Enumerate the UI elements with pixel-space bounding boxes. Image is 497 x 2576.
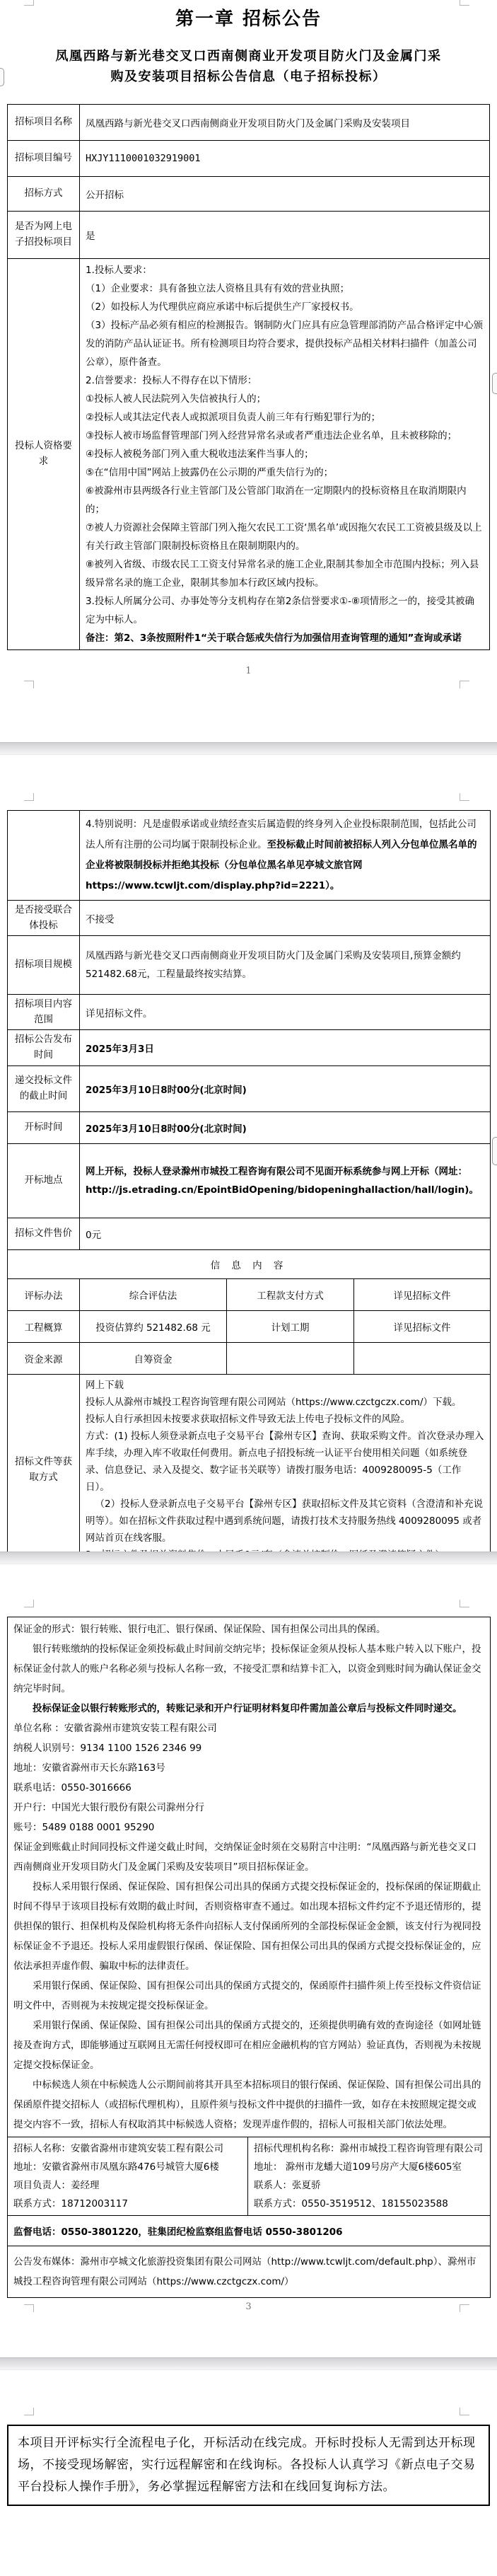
e-bidding-notice-box: 本项目开评标实行全流程电子化，开标活动在线完成。开标时投标人无需到达开标现场，不… (7, 2425, 490, 2506)
online-bid-value: 是 (80, 212, 490, 259)
table-row: 招标项目规模 凤凰西路与新光巷交叉口西南侧商业开发项目防火门及金属门采购及安装项… (8, 936, 491, 995)
qualification-paragraph: ③投标人被市场监督管理部门列入经营异常名录或者严重违法企业名单，且未被移除的； (86, 427, 484, 445)
empty-cell (354, 1342, 491, 1374)
table-row: 保证金的形式：银行转账、银行电汇、银行保函、保证保险、国有担保公司出具的保函。 … (8, 1617, 491, 2137)
table-row: 公告发布媒体：滁州市亭城文化旅游投资集团有限公司网站（http://www.tc… (8, 2246, 491, 2298)
deposit-paragraph: 纳税人识别号：9134 1100 1526 2346 99 (13, 1738, 484, 1758)
agency-contact-person: 联系人：张夏骄 (254, 2176, 484, 2195)
page-margin-mark (460, 0, 469, 6)
qualification-content: 1.投标人要求： （1）企业要求：具有备独立法人资格且具有有效的营业执照； （2… (80, 259, 490, 650)
obtain-paragraph: （2）投标人登录新点电子交易平台【滁州专区】获取招标文件及其它资料（含澄清和补充… (86, 1496, 484, 1547)
budget-value: 投资估算约 521482.68 元 (80, 1310, 227, 1342)
budget-label: 工程概算 (8, 1310, 80, 1342)
qualification-paragraph: （1）企业要求：具有备独立法人资格且具有有效的营业执照； (86, 279, 484, 298)
deposit-paragraph: 银行转账缴纳的投标保证金须投标截止时间前交纳完毕；投标保证金须从投标人基本账户转… (13, 1639, 484, 1699)
table-row: 评标办法 综合评估法 工程款支付方式 详见招标文件 (8, 1278, 491, 1310)
deposit-paragraph: 地址：安徽省滁州市天长东路163号 (13, 1758, 484, 1778)
table-row: 开标时间 2025年3月10日8时00分(北京时间) (8, 1111, 491, 1143)
qualification-paragraph: （2）如投标人为代理供应商应承诺中标后提供生产厂家授权书。 (86, 298, 484, 316)
doc-price-label: 招标文件售价 (8, 1218, 80, 1249)
announcement-media-row: 公告发布媒体：滁州市亭城文化旅游投资集团有限公司网站（http://www.tc… (8, 2246, 491, 2298)
bid-method-label: 招标方式 (8, 177, 80, 212)
qualification-paragraph: ⑥被滁州市县两级各行业主管部门及公管部门取消在一定期限内的投标资格且在取消期限内… (86, 482, 484, 519)
e-bidding-notice: 本项目开评标实行全流程电子化，开标活动在线完成。开标时投标人无需到达开标现场，不… (18, 2432, 479, 2498)
page-margin-mark (460, 681, 469, 688)
scrollbar-thumb[interactable] (492, 1137, 497, 1165)
joint-venture-value: 不接受 (80, 901, 491, 936)
joint-venture-label: 是否接受联合体投标 (8, 901, 80, 936)
open-time-value: 2025年3月10日8时00分(北京时间) (80, 1111, 491, 1143)
project-scale-value: 凤凰西路与新光巷交叉口西南侧商业开发项目防火门及金属门采购及安装项目,预算金额约… (80, 936, 491, 995)
table-row: 招标项目内容范围 详见招标文件。 (8, 995, 491, 1030)
table-row: 工程概算 投资估算约 521482.68 元 计划工期 详见招标文件 (8, 1310, 491, 1342)
project-name-label: 招标项目名称 (8, 105, 80, 141)
scrollbar-thumb[interactable] (0, 68, 4, 86)
payment-method-value: 详见招标文件 (354, 1278, 491, 1310)
announce-time-value: 2025年3月3日 (80, 1030, 491, 1065)
page-1: 第一章 招标公告 凤凰西路与新光巷交叉口西南侧商业开发项目防火门及金属门采购及安… (0, 0, 497, 742)
table-row: 招标项目名称 凤凰西路与新光巷交叉口西南侧商业开发项目防火门及金属门采购及安装项… (8, 105, 490, 141)
deposit-paragraph: 采用银行保函、保证保险、国有担保公司出具的保函方式提交的，还须提供明确有效的查询… (13, 2016, 484, 2075)
table-row: 资金来源 自筹资金 (8, 1342, 491, 1374)
page-margin-mark (24, 681, 34, 688)
table-row: 招标文件等获取方式 网上下载 投标人从滁州市城投工程咨询管理有限公司网站（htt… (8, 1374, 491, 1552)
table-row: 开标地点 网上开标，投标人登录滁州市城投工程咨询有限公司不见面开标系统参与网上开… (8, 1143, 491, 1218)
obtain-paragraph: 2、招标文件及相关资料售价：人民币0元/套（含清单控制价、图纸及澄清答疑文件） (86, 1547, 484, 1552)
submit-deadline-value: 2025年3月10日8时00分(北京时间) (80, 1065, 491, 1111)
project-scale-label: 招标项目规模 (8, 936, 80, 995)
qualification-paragraph: ②投标人或其法定代表人或拟派项目负责人前三年有行贿犯罪行为的； (86, 408, 484, 427)
table-row: 监督电话：0550-3801220，驻集团纪检监察组监督电话 0550-3801… (8, 2216, 491, 2246)
agency-phone: 联系方式：0550-3519512、18155023588 (254, 2195, 484, 2213)
obtain-paragraph: 网上下载 (86, 1377, 484, 1394)
deposit-paragraph: 账号：5489 0188 0001 95290 (13, 1818, 484, 1837)
deposit-paragraph: 中标候选人须在中标候选人公示期间前将其开具至本招标项目的银行保函、保证保险、国有… (13, 2075, 484, 2135)
qualification-paragraph: ⑧被列入省级、市级农民工工资支付异常名录的施工企业,限制其参加全市范围内投标；列… (86, 555, 484, 592)
empty-cell (227, 1342, 354, 1374)
special-note: 4.特别说明：凡是虚假承诺或业绩经查实后属造假的终身列入企业投标限制范围，包括此… (86, 814, 484, 896)
qualification-paragraph: ⑦被人力资源社会保障主管部门列入拖欠农民工工资‘黑名单’或因拖欠农民工工资被县级… (86, 519, 484, 555)
bid-summary-table: 招标项目名称 凤凰西路与新光巷交叉口西南侧商业开发项目防火门及金属门采购及安装项… (7, 104, 490, 650)
page-margin-mark (460, 2408, 469, 2415)
scrollbar-thumb[interactable] (492, 373, 497, 394)
info-section-header: 信 息 内 容 (8, 1249, 491, 1278)
document-title: 凤凰西路与新光巷交叉口西南侧商业开发项目防火门及金属门采购及安装项目招标公告信息… (55, 46, 443, 87)
page-margin-mark (24, 2304, 34, 2312)
bid-method-value: 公开招标 (80, 177, 490, 212)
eval-method-value: 综合评估法 (80, 1278, 227, 1310)
qualification-paragraph: （3）投标产品必须有相应的检测报告。钢制防火门应具有应急管理部消防产品合格评定中… (86, 316, 484, 371)
fund-source-label: 资金来源 (8, 1342, 80, 1374)
tenderer-manager: 项目负责人：姜经理 (13, 2176, 242, 2195)
schedule-value: 详见招标文件 (354, 1310, 491, 1342)
announce-time-label: 招标公告发布时间 (8, 1030, 80, 1065)
deposit-paragraph: 开户行：中国光大银行股份有限公司滁州分行 (13, 1798, 484, 1818)
page-margin-mark (460, 793, 469, 801)
table-row: 是否接受联合体投标 不接受 (8, 901, 491, 936)
open-place-label: 开标地点 (8, 1143, 80, 1218)
project-code-value: HXJY1110001032919001 (80, 141, 490, 177)
open-time-label: 开标时间 (8, 1111, 80, 1143)
tenderer-address: 地址：安徽省滁州市凤凰东路476号城管大厦6楼 (13, 2158, 242, 2176)
table-row: 4.特别说明：凡是虚假承诺或业绩经查实后属造假的终身列入企业投标限制范围，包括此… (8, 811, 491, 901)
content-scope-label: 招标项目内容范围 (8, 995, 80, 1030)
obtain-paragraph: 投标人从滁州市城投工程咨询管理有限公司网站（https://www.czctgc… (86, 1394, 484, 1411)
agency-address: 地址： 滁州市龙蟠大道109号房产大厦6楼605室 (254, 2158, 484, 2176)
tenderer-phone: 联系方式：18712003117 (13, 2195, 242, 2213)
doc-price-value: 0元 (80, 1218, 491, 1249)
deposit-contact-table: 保证金的形式：银行转账、银行电汇、银行保函、保证保险、国有担保公司出具的保函。 … (7, 1617, 491, 2298)
open-place-value: 网上开标，投标人登录滁州市城投工程咨询有限公司不见面开标系统参与网上开标（网址：… (80, 1143, 491, 1218)
eval-method-label: 评标办法 (8, 1278, 80, 1310)
page-separator (0, 2357, 497, 2370)
schedule-label: 计划工期 (227, 1310, 354, 1342)
payment-method-label: 工程款支付方式 (227, 1278, 354, 1310)
obtain-paragraph: 方式：(1) 投标人须登录新点电子交易平台【滁州专区】查询、获取采购文件。首次登… (86, 1428, 484, 1496)
table-row: 信 息 内 容 (8, 1249, 491, 1278)
doc-obtain-label: 招标文件等获取方式 (8, 1374, 80, 1552)
deposit-detail-cell: 保证金的形式：银行转账、银行电汇、银行保函、保证保险、国有担保公司出具的保函。 … (8, 1617, 491, 2137)
page-4: 本项目开评标实行全流程电子化，开标活动在线完成。开标时投标人无需到达开标现场，不… (0, 2370, 497, 2576)
submit-deadline-label: 递交投标文件的截止时间 (8, 1065, 80, 1111)
qualification-paragraph: 3.投标人所属分公司、办事处等分支机构存在第2条信誉要求①-⑧项情形之一的，接受… (86, 592, 484, 629)
page-margin-mark (460, 2304, 469, 2312)
fund-source-value: 自筹资金 (80, 1342, 227, 1374)
table-row: 招标公告发布时间 2025年3月3日 (8, 1030, 491, 1065)
project-code-label: 招标项目编号 (8, 141, 80, 177)
qualification-paragraph: ④投标人被税务部门列入重大税收违法案件当事人的； (86, 445, 484, 463)
supervision-phone-row: 监督电话：0550-3801220，驻集团纪检监察组监督电话 0550-3801… (8, 2216, 491, 2246)
page-margin-mark (24, 2408, 34, 2415)
document-view: 第一章 招标公告 凤凰西路与新光巷交叉口西南侧商业开发项目防火门及金属门采购及安… (0, 0, 497, 2576)
page-separator (0, 742, 497, 755)
page-margin-mark (24, 1600, 34, 1607)
page-margin-mark (24, 793, 34, 801)
page-number: 1 (0, 666, 497, 676)
project-name-value: 凤凰西路与新光巷交叉口西南侧商业开发项目防火门及金属门采购及安装项目 (80, 105, 490, 141)
agency-name: 招标代理机构名称：滁州市城投工程咨询管理有限公司 (254, 2139, 484, 2158)
table-row: 招标人名称：安徽省滁州市建筑安装工程有限公司 地址：安徽省滁州市凤凰东路476号… (8, 2137, 491, 2216)
table-row: 招标文件售价 0元 (8, 1218, 491, 1249)
page-margin-mark (460, 1600, 469, 1607)
bid-details-table: 4.特别说明：凡是虚假承诺或业绩经查实后属造假的终身列入企业投标限制范围，包括此… (7, 810, 491, 1552)
deposit-paragraph: 投标人采用银行保函、保证保险、国有担保公司出具的保函方式提交投标保证金的，投标保… (13, 1877, 484, 1976)
page-2: 4.特别说明：凡是虚假承诺或业绩经查实后属造假的终身列入企业投标限制范围，包括此… (0, 755, 497, 1552)
qualification-paragraph: 2.信誉要求：投标人不得存在以下情形： (86, 371, 484, 390)
deposit-paragraph: 保证金到账截止时间同投标文件递交截止时间，交纳保证金时须在交易附言中注明：“凤凰… (13, 1837, 484, 1877)
obtain-paragraph: 投标人自行承担因未按要求获取招标文件导致无法上传电子投标文件的风险。 (86, 1411, 484, 1428)
qualification-paragraph: ①投标人被人民法院列入失信被执行人的； (86, 390, 484, 408)
qualification-paragraph: ⑤在“信用中国”网站上披露仍在公示期的严重失信行为的； (86, 463, 484, 482)
table-row: 招标方式 公开招标 (8, 177, 490, 212)
deposit-paragraph: 保证金的形式：银行转账、银行电汇、银行保函、保证保险、国有担保公司出具的保函。 (13, 1619, 484, 1639)
page-3: 保证金的形式：银行转账、银行电汇、银行保函、保证保险、国有担保公司出具的保函。 … (0, 1564, 497, 2357)
empty-label-cell (8, 811, 80, 901)
deposit-paragraph: 投标保证金以银行转账形式的，转账记录和开户行证明材料复印件需加盖公章后与投标文件… (13, 1699, 484, 1719)
page-margin-mark (24, 0, 34, 6)
table-row: 是否为网上电子招投标项目 是 (8, 212, 490, 259)
deposit-paragraph: 联系电话：0550-3016666 (13, 1778, 484, 1798)
table-row: 递交投标文件的截止时间 2025年3月10日8时00分(北京时间) (8, 1065, 491, 1111)
page-number: 3 (0, 2301, 497, 2312)
deposit-paragraph: 采用银行保函、保证保险、国有担保公司出具的保函方式提交的，保函原件扫描件须上传至… (13, 1976, 484, 2016)
qualification-note: 备注：第2、3条按照附件1“关于联合惩戒失信行为加强信用查询管理的通知”查询或承… (86, 629, 484, 647)
tenderer-contact-cell: 招标人名称：安徽省滁州市建筑安装工程有限公司 地址：安徽省滁州市凤凰东路476号… (8, 2137, 248, 2216)
agency-contact-cell: 招标代理机构名称：滁州市城投工程咨询管理有限公司 地址： 滁州市龙蟠大道109号… (248, 2137, 491, 2216)
qualification-label: 投标人资格要求 (8, 259, 80, 650)
chapter-title: 第一章 招标公告 (0, 4, 497, 30)
content-scope-value: 详见招标文件。 (80, 995, 491, 1030)
deposit-paragraph: 单位名称 ：安徽省滁州市建筑安装工程有限公司 (13, 1719, 484, 1738)
tenderer-name: 招标人名称：安徽省滁州市建筑安装工程有限公司 (13, 2139, 242, 2158)
table-row: 招标项目编号 HXJY1110001032919001 (8, 141, 490, 177)
doc-obtain-content: 网上下载 投标人从滁州市城投工程咨询管理有限公司网站（https://www.c… (80, 1374, 491, 1552)
qualification-paragraph: 1.投标人要求： (86, 261, 484, 279)
table-row: 投标人资格要求 1.投标人要求： （1）企业要求：具有备独立法人资格且具有有效的… (8, 259, 490, 650)
page-separator (0, 1552, 497, 1564)
special-note-cell: 4.特别说明：凡是虚假承诺或业绩经查实后属造假的终身列入企业投标限制范围，包括此… (80, 811, 491, 901)
online-bid-label: 是否为网上电子招投标项目 (8, 212, 80, 259)
